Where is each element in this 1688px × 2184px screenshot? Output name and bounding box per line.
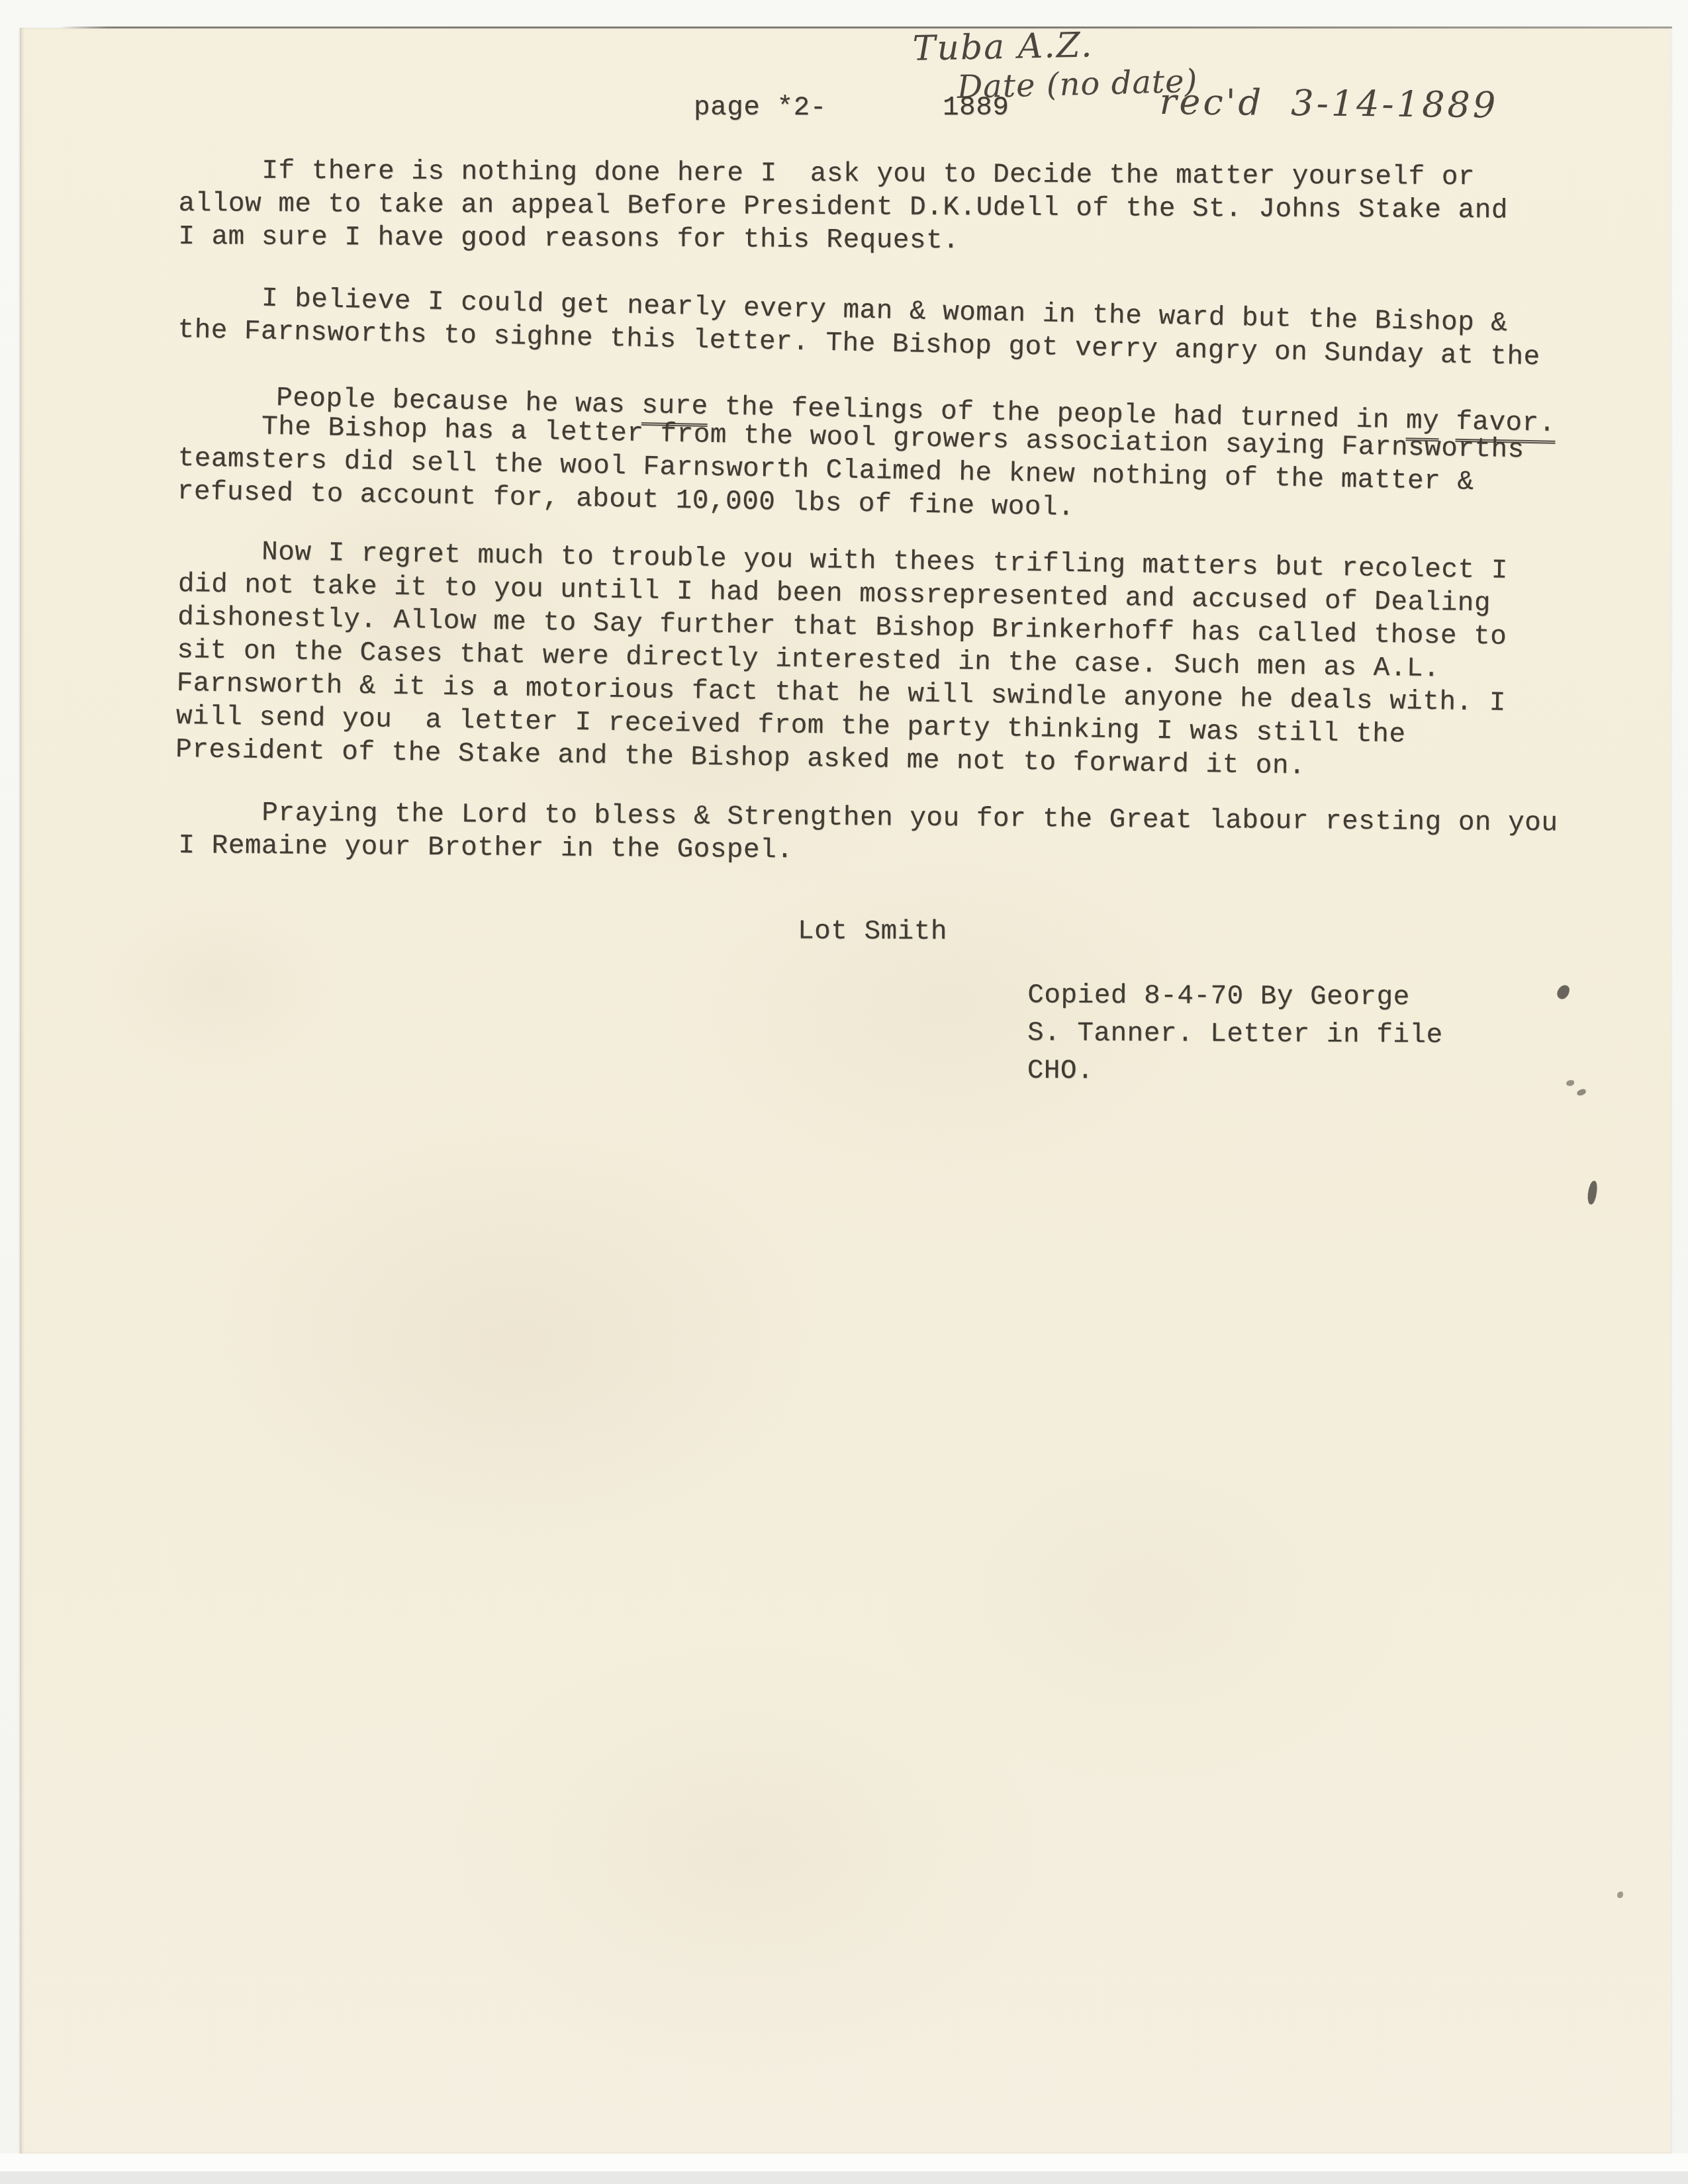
archival-copy-note: Copied 8-4-70 By George S. Tanner. Lette… <box>1027 977 1443 1092</box>
paper-top-edge <box>60 26 1672 28</box>
paragraph-regret-trouble: Now I regret much to trouble you with th… <box>175 535 1556 787</box>
year-label: 1889 <box>943 91 1009 124</box>
scan-bottom-edge <box>0 2171 1688 2184</box>
scanned-letter-screenshot: Tuba A.Z. Date (no date) rec'd 3-14-1889… <box>0 0 1688 2184</box>
paragraph-closing: Praying the Lord to bless & Strengthen y… <box>178 796 1556 873</box>
handwritten-location-note: Tuba A.Z. <box>912 25 1094 69</box>
handwritten-received-note: rec'd 3-14-1889 <box>1159 81 1498 126</box>
archival-note-line: CHO. <box>1027 1052 1443 1092</box>
archival-note-line: Copied 8-4-70 By George <box>1027 977 1443 1017</box>
page-number-label: page *2- <box>694 91 827 124</box>
archival-note-line: S. Tanner. Letter in file <box>1027 1015 1443 1054</box>
signature-lot-smith: Lot Smith <box>798 915 947 949</box>
scan-bottom-margin <box>0 2154 1688 2171</box>
paragraph-appeal-request: If there is nothing done here I ask you … <box>178 154 1556 261</box>
